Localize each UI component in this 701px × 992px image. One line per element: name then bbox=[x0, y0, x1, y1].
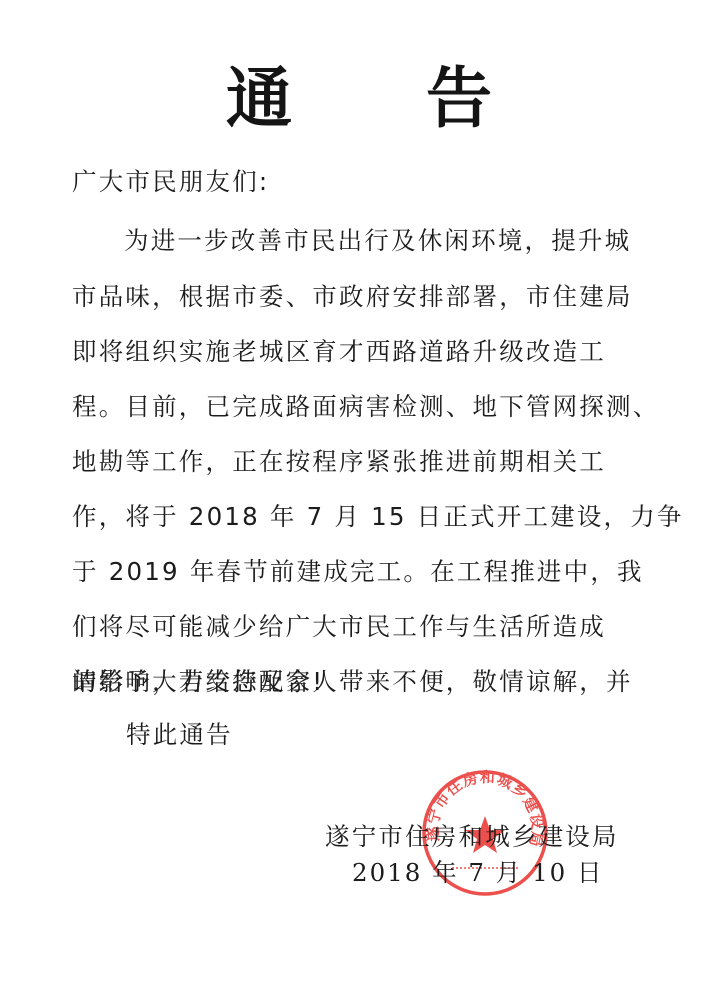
body-line: 于 2019 年春节前建成完工。在工程推进中，我 bbox=[72, 557, 644, 587]
body-line: 请给予大力支持配合! bbox=[72, 667, 324, 697]
salutation: 广大市民朋友们: bbox=[72, 167, 269, 197]
notice-page: 通 告 广大市民朋友们: 为进一步改善市民出行及休闲环境，提升城 市品味，根据市… bbox=[0, 0, 701, 992]
notice-title: 通 告 bbox=[0, 58, 701, 138]
title-char-tong: 通 bbox=[226, 58, 292, 138]
closing-text: 特此通告 bbox=[126, 720, 233, 750]
title-char-gao: 告 bbox=[426, 58, 492, 138]
body-line: 市品味，根据市委、市政府安排部署，市住建局 bbox=[72, 282, 633, 312]
body-line: 程。目前，已完成路面病害检测、地下管网探测、 bbox=[72, 392, 659, 422]
body-line: 地勘等工作，正在按程序紧张推进前期相关工 bbox=[72, 447, 606, 477]
issue-date: 2018 年 7 月 10 日 bbox=[352, 858, 604, 888]
body-line: 们将尽可能减少给广大市民工作与生活所造成 bbox=[72, 612, 606, 642]
body-line: 作，将于 2018 年 7 月 15 日正式开工建设，力争 bbox=[72, 502, 684, 532]
body-line: 即将组织实施老城区育才西路道路升级改造工 bbox=[72, 337, 606, 367]
body-line: 为进一步改善市民出行及休闲环境，提升城 bbox=[124, 226, 631, 256]
issuer-signature: 遂宁市住房和城乡建设局 bbox=[325, 822, 619, 852]
